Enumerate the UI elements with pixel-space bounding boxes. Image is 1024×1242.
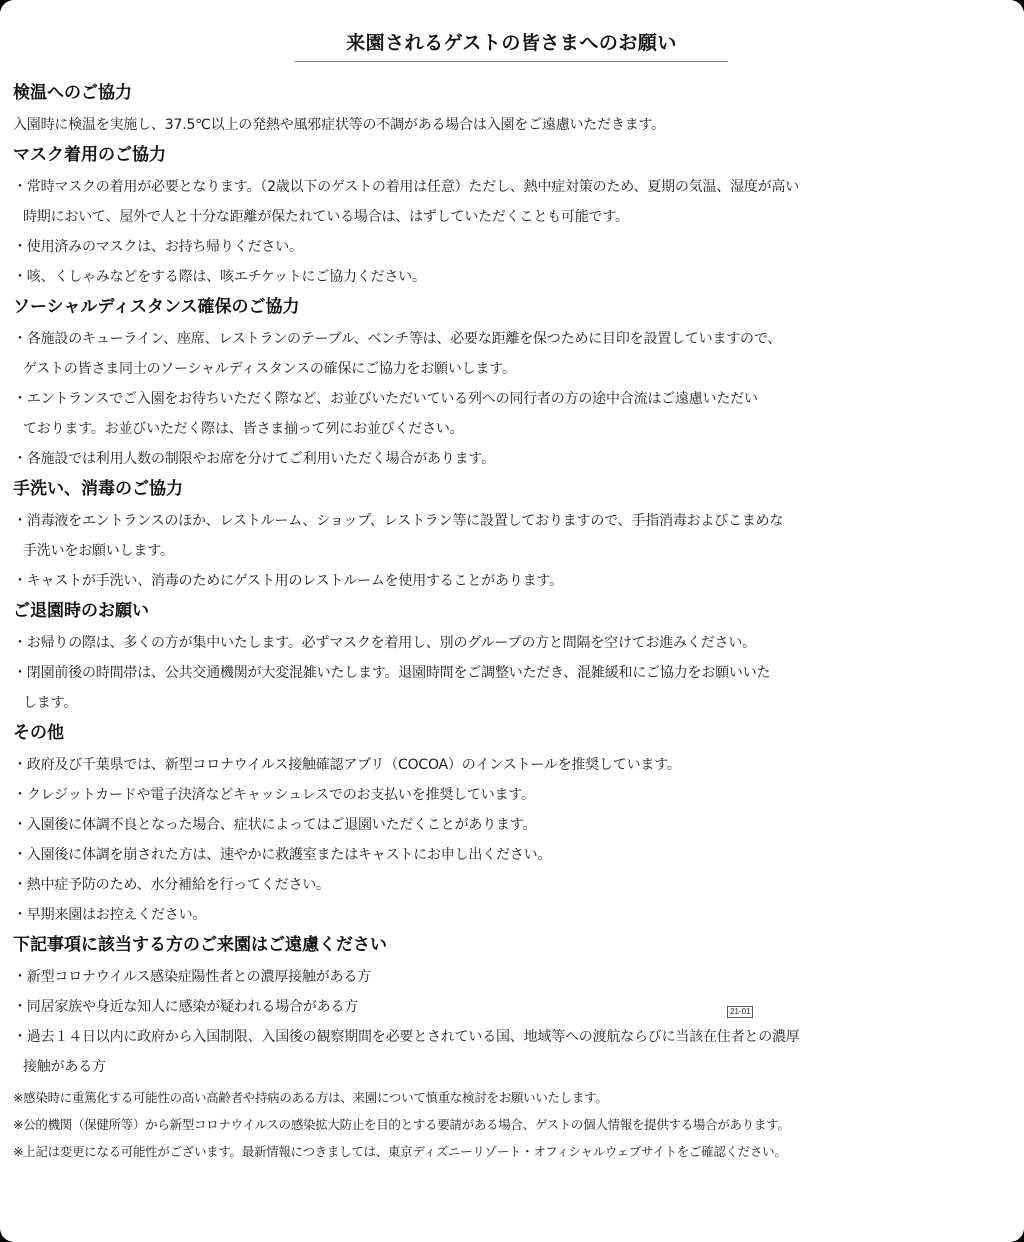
footnotes: ※感染時に重篤化する可能性の高い高齢者や持病のある方は、来園について慎重な検討を…: [13, 1084, 1013, 1165]
section-line: ・閉園前後の時間帯は、公共交通機関が大変混雑いたします。退園時間をご調整いただき…: [13, 658, 1013, 688]
section-heading: ご退園時のお願い: [13, 596, 1013, 628]
section-line: ・政府及び千葉県では、新型コロナウイルス接触確認アプリ（COCOA）のインストー…: [13, 750, 1013, 780]
section-line: ・入園後に体調を崩された方は、速やかに救護室またはキャストにお申し出ください。: [13, 840, 1013, 870]
footnote: ※公的機関（保健所等）から新型コロナウイルスの感染拡大防止を目的とする要請がある…: [13, 1111, 1013, 1138]
section-line: ・クレジットカードや電子決済などキャッシュレスでのお支払いを推奨しています。: [13, 780, 1013, 810]
section-line: します。: [13, 688, 1013, 718]
section-social-distance: ソーシャルディスタンス確保のご協力 ・各施設のキューライン、座席、レストランのテ…: [13, 292, 1013, 474]
section-line: 入園時に検温を実施し、37.5℃以上の発熱や風邪症状等の不調がある場合は入園をご…: [13, 110, 1013, 140]
section-line: ゲストの皆さま同士のソーシャルディスタンスの確保にご協力をお願いします。: [13, 354, 1013, 384]
section-line: ・消毒液をエントランスのほか、レストルーム、ショップ、レストラン等に設置しており…: [13, 506, 1013, 536]
footnote: ※感染時に重篤化する可能性の高い高齢者や持病のある方は、来園について慎重な検討を…: [13, 1084, 1013, 1111]
section-heading: 下記事項に該当する方のご来園はご遠慮ください: [13, 930, 1013, 962]
section-line: ・早期来園はお控えください。: [13, 900, 1013, 930]
section-handwashing: 手洗い、消毒のご協力 ・消毒液をエントランスのほか、レストルーム、ショップ、レス…: [13, 474, 1013, 596]
section-line: ・各施設のキューライン、座席、レストランのテーブル、ベンチ等は、必要な距離を保つ…: [13, 324, 1013, 354]
title-block: 来園されるゲストの皆さまへのお願い: [295, 28, 728, 62]
page-title: 来園されるゲストの皆さまへのお願い: [295, 28, 728, 55]
footnote: ※上記は変更になる可能性がございます。最新情報につきましては、東京ディズニーリゾ…: [13, 1138, 1013, 1165]
notice-sheet: 来園されるゲストの皆さまへのお願い 検温へのご協力 入園時に検温を実施し、37.…: [0, 0, 1024, 1242]
section-line: ・使用済みのマスクは、お持ち帰りください。: [13, 232, 1013, 262]
section-refrain-visit: 下記事項に該当する方のご来園はご遠慮ください ・新型コロナウイルス感染症陽性者と…: [13, 930, 1013, 1082]
section-line: ・新型コロナウイルス感染症陽性者との濃厚接触がある方: [13, 962, 1013, 992]
section-mask: マスク着用のご協力 ・常時マスクの着用が必要となります。（2歳以下のゲストの着用…: [13, 140, 1013, 292]
section-line: 時期において、屋外で人と十分な距離が保たれている場合は、はずしていただくことも可…: [13, 202, 1013, 232]
section-line: ・熱中症予防のため、水分補給を行ってください。: [13, 870, 1013, 900]
section-line: 接触がある方: [13, 1052, 1013, 1082]
section-line: ・入園後に体調不良となった場合、症状によってはご退園いただくことがあります。: [13, 810, 1013, 840]
section-other: その他 ・政府及び千葉県では、新型コロナウイルス接触確認アプリ（COCOA）のイ…: [13, 718, 1013, 930]
section-line: ・同居家族や身近な知人に感染が疑われる場合がある方: [13, 992, 1013, 1022]
notice-content: 検温へのご協力 入園時に検温を実施し、37.5℃以上の発熱や風邪症状等の不調があ…: [13, 78, 1013, 1165]
section-line: ・咳、くしゃみなどをする際は、咳エチケットにご協力ください。: [13, 262, 1013, 292]
section-line: ・キャストが手洗い、消毒のためにゲスト用のレストルームを使用することがあります。: [13, 566, 1013, 596]
section-heading: ソーシャルディスタンス確保のご協力: [13, 292, 1013, 324]
section-line: ・各施設では利用人数の制限やお席を分けてご利用いただく場合があります。: [13, 444, 1013, 474]
section-heading: マスク着用のご協力: [13, 140, 1013, 172]
section-line: ・過去１４日以内に政府から入国制限、入国後の観察期間を必要とされている国、地域等…: [13, 1022, 1013, 1052]
section-exit: ご退園時のお願い ・お帰りの際は、多くの方が集中いたします。必ずマスクを着用し、…: [13, 596, 1013, 718]
section-line: ております。お並びいただく際は、皆さま揃って列にお並びください。: [13, 414, 1013, 444]
section-line: ・エントランスでご入園をお待ちいただく際など、お並びいただいている列への同行者の…: [13, 384, 1013, 414]
section-line: 手洗いをお願いします。: [13, 536, 1013, 566]
section-heading: 手洗い、消毒のご協力: [13, 474, 1013, 506]
document-code-badge: 21-01: [727, 1006, 753, 1018]
section-heading: 検温へのご協力: [13, 78, 1013, 110]
section-heading: その他: [13, 718, 1013, 750]
section-line: ・お帰りの際は、多くの方が集中いたします。必ずマスクを着用し、別のグループの方と…: [13, 628, 1013, 658]
section-temperature-check: 検温へのご協力 入園時に検温を実施し、37.5℃以上の発熱や風邪症状等の不調があ…: [13, 78, 1013, 140]
section-line: ・常時マスクの着用が必要となります。（2歳以下のゲストの着用は任意）ただし、熱中…: [13, 172, 1013, 202]
